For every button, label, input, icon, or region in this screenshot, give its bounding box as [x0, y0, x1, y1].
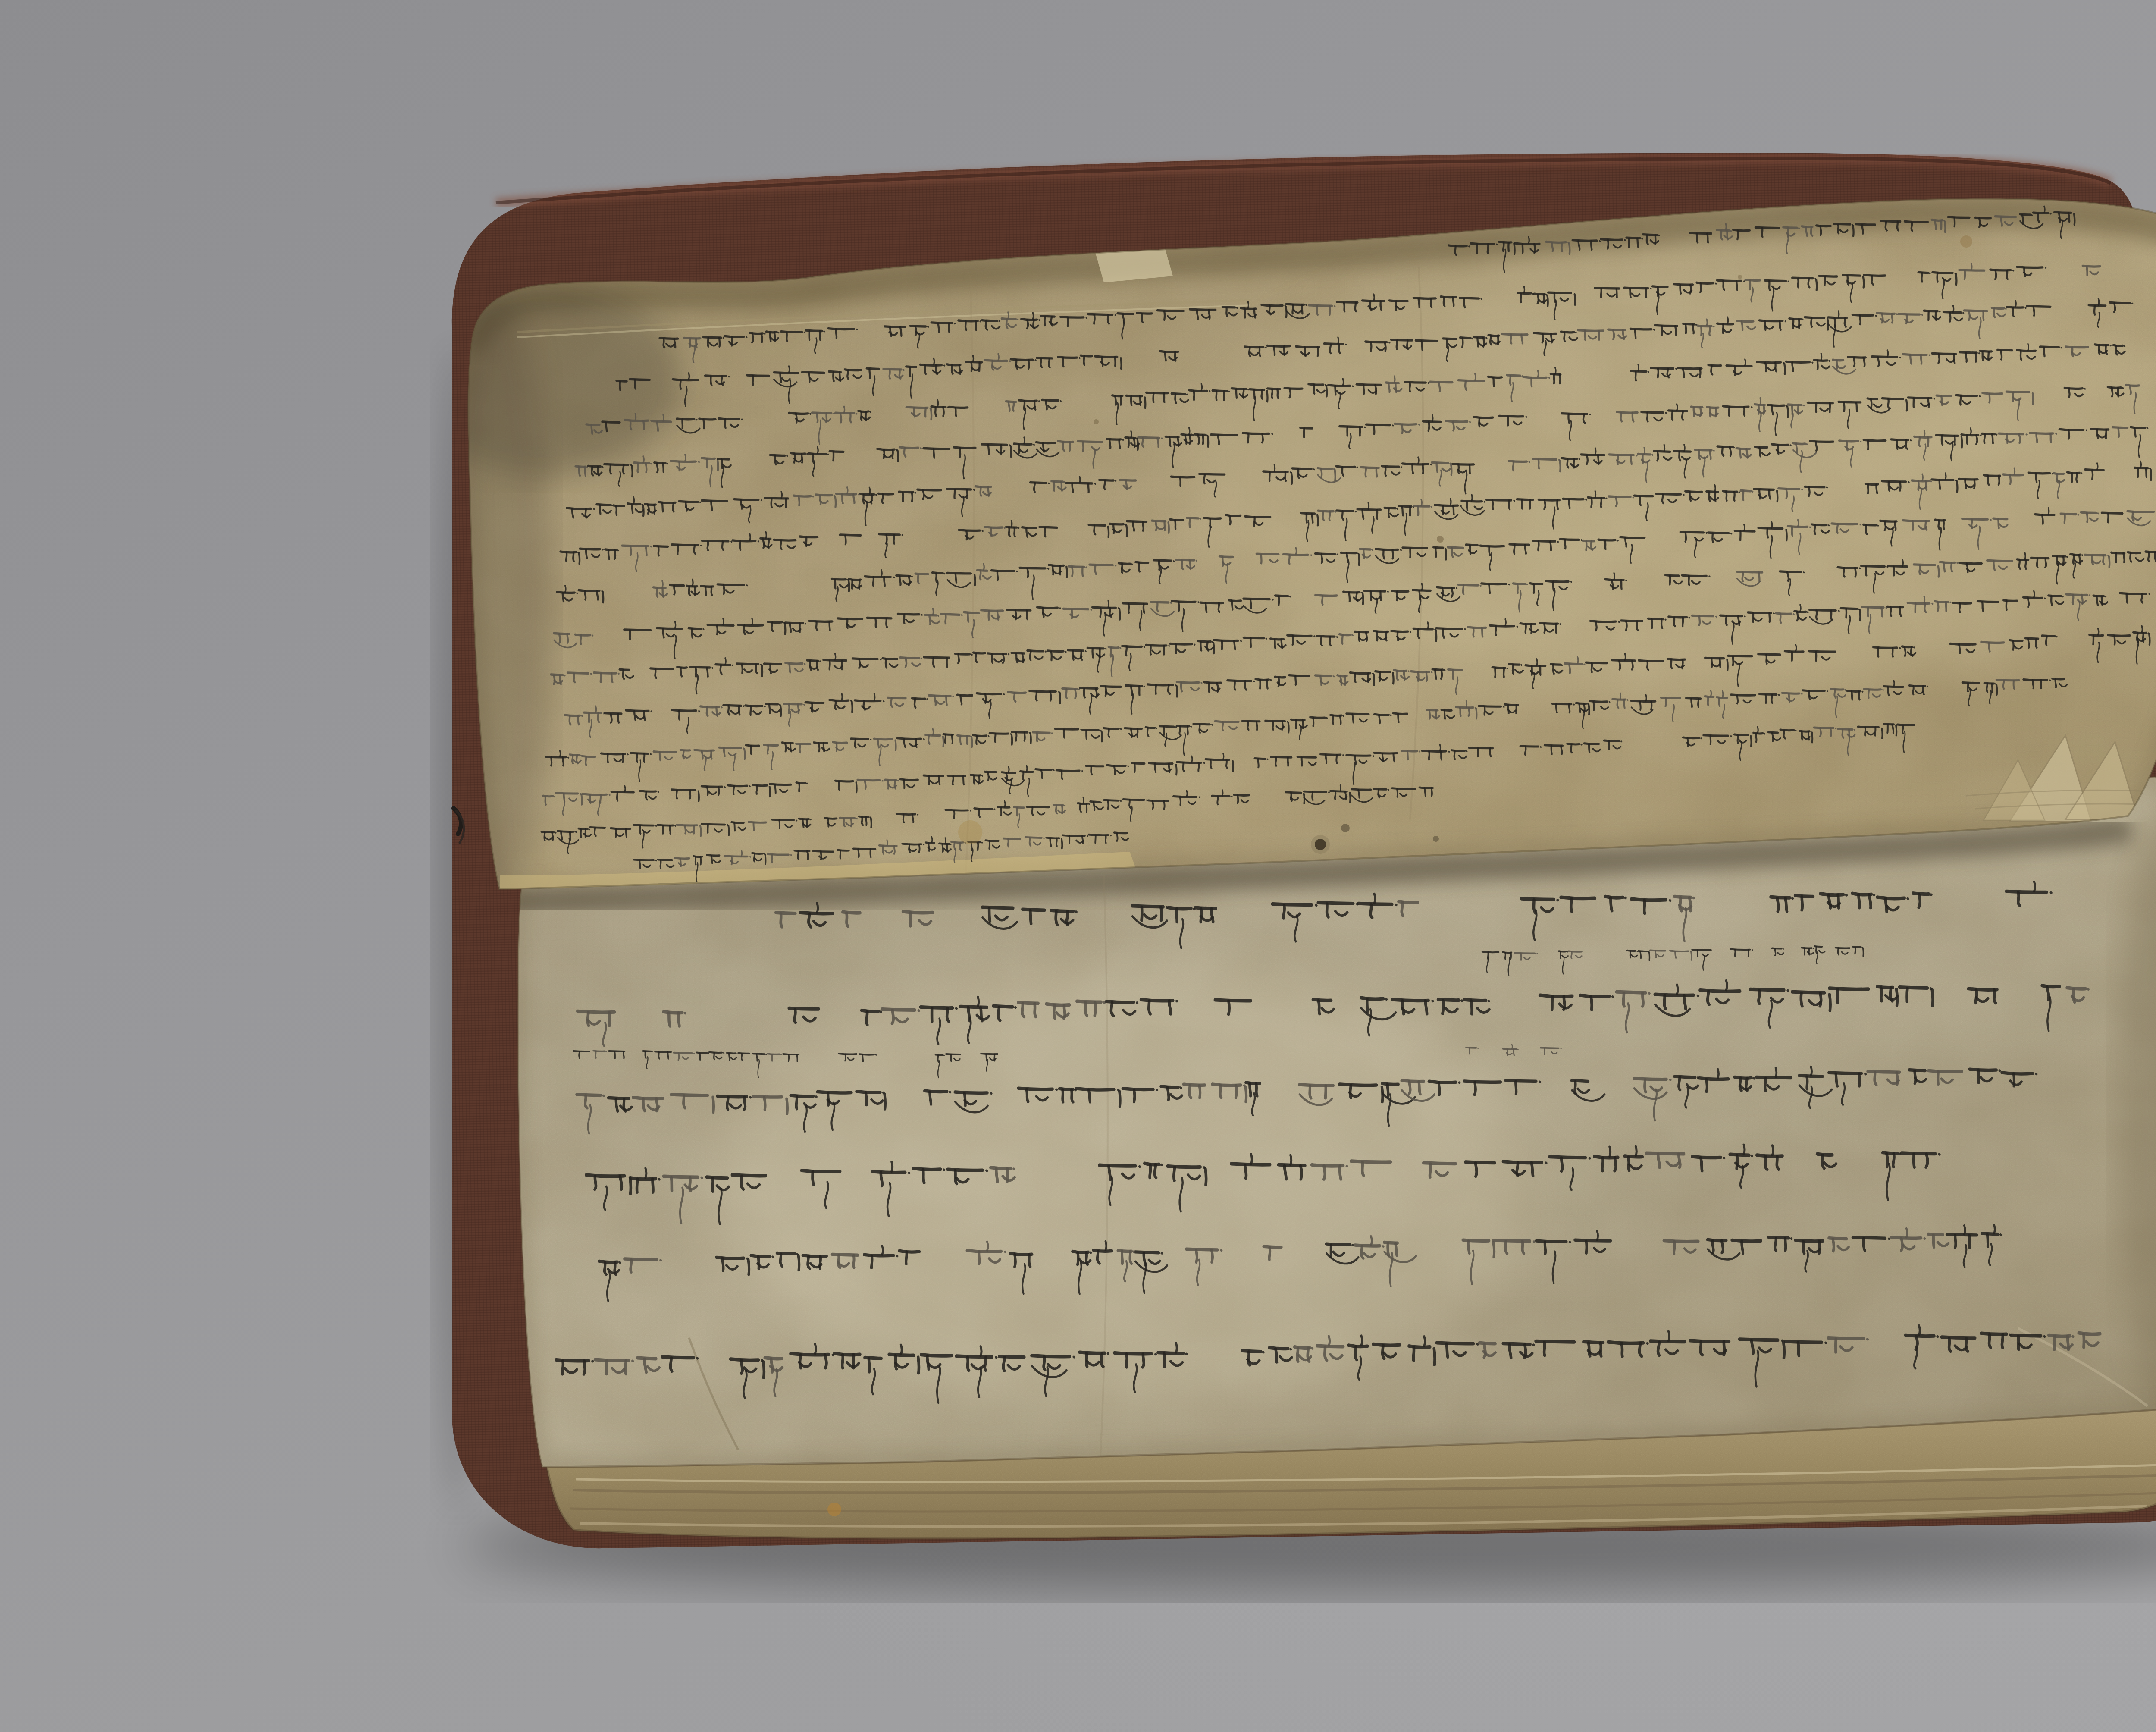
ink-fleck [1738, 275, 1742, 279]
handwriting-stroke-batch [1924, 596, 1924, 603]
stain [958, 820, 982, 844]
ink-fleck [1094, 419, 1099, 424]
handwriting-stroke-batch [1329, 1336, 1330, 1346]
stain [1960, 235, 1972, 248]
handwriting-stroke-batch [1512, 1045, 1512, 1049]
upper-page [405, 194, 2156, 914]
lower-page-light-patch [711, 962, 1531, 1410]
manuscript-illustration [0, 0, 2156, 1732]
handwriting-stroke-batch [1726, 223, 1726, 230]
stain [827, 1503, 841, 1516]
photograph-of-tibetan-manuscript [0, 0, 2156, 1732]
hole [1315, 839, 1326, 850]
ink-smudge [1433, 836, 1439, 842]
handwriting-stroke-batch [1693, 898, 1694, 898]
ink-fleck [1437, 536, 1444, 543]
book [405, 147, 2156, 1594]
ink-smudge [1341, 824, 1350, 832]
